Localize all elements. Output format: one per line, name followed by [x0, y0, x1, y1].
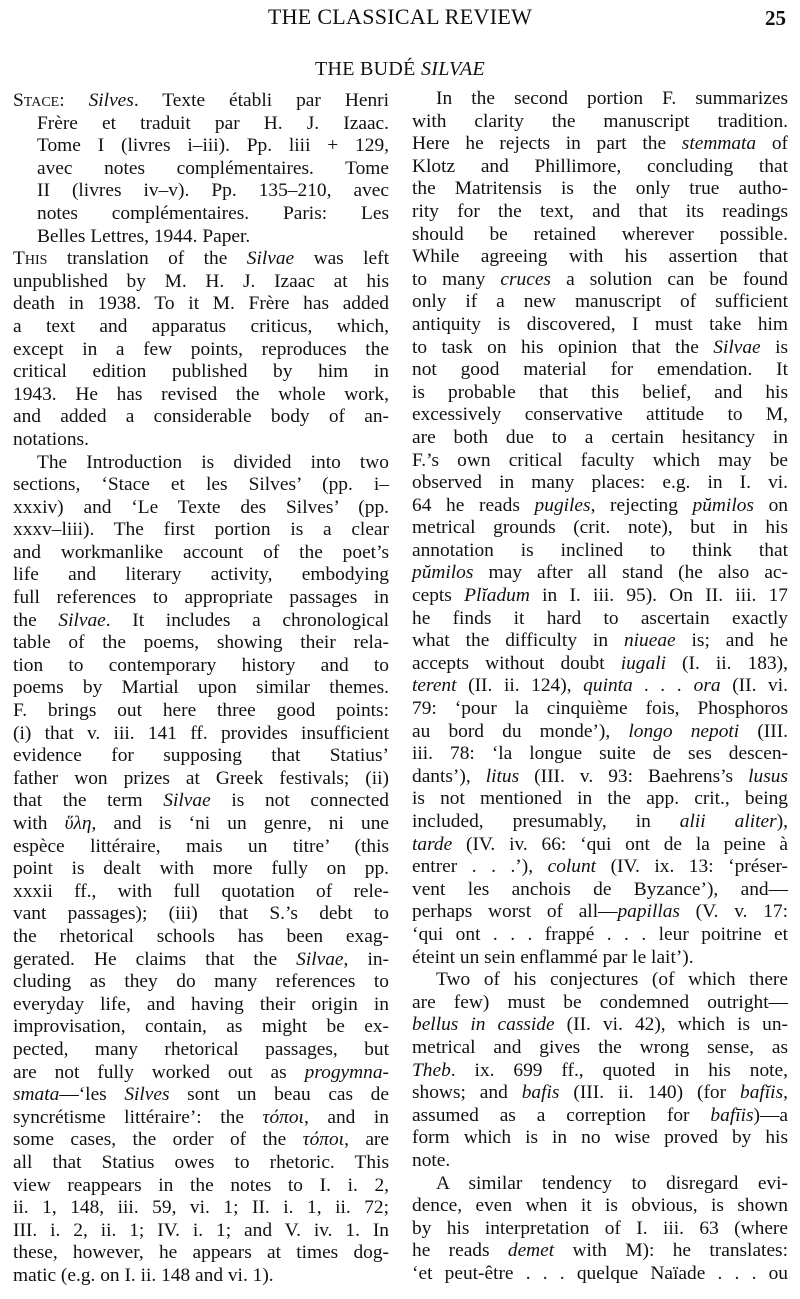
- text-run: ii. 1, 148, iii. 59, vi. 1; II. i. 1, ii…: [13, 1197, 389, 1218]
- text-line: dence, even when it is obvious, is shown: [412, 1195, 788, 1218]
- text-run: father won prizes at Greek festivals; (i…: [13, 768, 389, 789]
- italic-text: bafīis: [710, 1105, 753, 1126]
- paragraph-introduction: The Introduction is divided into twosect…: [13, 452, 389, 1288]
- text-line: father won prizes at Greek festivals; (i…: [13, 768, 389, 791]
- text-line: smata—‘les Silves sont un beau cas de: [13, 1084, 389, 1107]
- text-run: evidence for supposing that Statius’: [13, 745, 389, 766]
- text-run: sont un beau cas de: [170, 1084, 389, 1105]
- text-run: A similar tendency to disregard evi-: [436, 1173, 788, 1194]
- text-run: matic (e.g. on I. ii. 148 and vi. 1).: [13, 1265, 274, 1286]
- text-run: , in-: [344, 949, 389, 970]
- text-run: to task on his opinion that the: [412, 337, 713, 358]
- text-line: (i) that v. iii. 141 ff. provides insuff…: [13, 723, 389, 746]
- text-run: included, presumably, in: [412, 811, 680, 832]
- text-run: F.’s own critical faculty which may be: [412, 450, 788, 471]
- italic-text: progymna-: [305, 1062, 389, 1083]
- italic-text: tarde: [412, 834, 452, 855]
- text-line: table of the poems, showing their rela-: [13, 632, 389, 655]
- text-run: :: [59, 90, 88, 111]
- text-line: F. brings out here three good points:: [13, 700, 389, 723]
- text-run: is not mentioned in the app. crit., bein…: [412, 788, 788, 809]
- text-line: not good material for emendation. It: [412, 359, 788, 382]
- text-line: tion to contemporary history and to: [13, 655, 389, 678]
- text-line: is not mentioned in the app. crit., bein…: [412, 788, 788, 811]
- text-line: notations.: [13, 429, 389, 452]
- text-run: perhaps worst of all—: [412, 901, 617, 922]
- text-line: excessively conservative attitude to M,: [412, 404, 788, 427]
- text-run: Frère et traduit par H. J. Izaac.: [37, 113, 389, 134]
- text-run: (III.: [739, 721, 788, 742]
- text-run: poems by Martial upon similar themes.: [13, 677, 389, 698]
- italic-text: ὕλη: [65, 813, 92, 834]
- text-line: gerated. He claims that the Silvae, in-: [13, 949, 389, 972]
- text-run: In the second portion F. summarizes: [436, 88, 788, 109]
- text-run: sections, ‘Stace et les Silves’ (pp. i–: [13, 474, 389, 495]
- italic-text: Silvae: [296, 949, 343, 970]
- text-run: point is dealt with more fully on pp.: [13, 858, 389, 879]
- text-line: should be retained wherever possible.: [412, 224, 788, 247]
- article-title: THE BUDÉ SILVAE: [0, 58, 800, 81]
- text-line: Two of his conjectures (of which there: [412, 969, 788, 992]
- text-line: In the second portion F. summarizes: [412, 88, 788, 111]
- text-line: the Silvae. It includes a chronological: [13, 610, 389, 633]
- text-run: by his interpretation of I. iii. 63 (whe…: [412, 1218, 788, 1239]
- italic-text: bafis: [522, 1082, 560, 1103]
- text-run: unpublished by M. H. J. Izaac at his: [13, 271, 389, 292]
- italic-text: stemmata: [682, 133, 756, 154]
- text-run: (IV. ix. 13: ‘préser-: [596, 856, 788, 877]
- text-line: cepts Plĭadum in I. iii. 95). On II. iii…: [412, 585, 788, 608]
- book-citation: Stace: Silves. Texte établi par HenriFrè…: [13, 90, 389, 248]
- text-line: ‘et peut-être . . . quelque Naïade . . .…: [412, 1263, 788, 1286]
- text-line: he reads demet with M): he translates:: [412, 1240, 788, 1263]
- text-run: notes complémentaires. Paris: Les: [37, 203, 389, 224]
- text-run: with: [13, 813, 65, 834]
- text-run: except in a few points, reproduces the: [13, 339, 389, 360]
- text-line: While agreeing with his assertion that: [412, 246, 788, 269]
- italic-text: Silvae: [163, 790, 210, 811]
- text-run: view reappears in the notes to I. i. 2,: [13, 1175, 389, 1196]
- text-line: vent les anchois de Byzance’), and—: [412, 879, 788, 902]
- text-run: tion to contemporary history and to: [13, 655, 389, 676]
- text-line: are few) must be condemned outright—: [412, 992, 788, 1015]
- text-run: cepts: [412, 585, 464, 606]
- text-line: Belles Lettres, 1944. Paper.: [13, 226, 389, 249]
- text-run: . Texte établi par Henri: [134, 90, 389, 111]
- text-line: pected, many rhetorical passages, but: [13, 1039, 389, 1062]
- text-run: 1943. He has revised the whole work,: [13, 384, 389, 405]
- text-run: ‘et peut-être . . . quelque Naïade . . .…: [412, 1263, 788, 1284]
- text-line: notes complémentaires. Paris: Les: [13, 203, 389, 226]
- text-run: are both due to a certain hesitancy in: [412, 427, 788, 448]
- text-run: life and literary activity, embodying: [13, 564, 389, 585]
- text-line: xxxiv) and ‘Le Texte des Silves’ (pp.: [13, 497, 389, 520]
- text-line: cluding as they do many references to: [13, 971, 389, 994]
- text-line: poems by Martial upon similar themes.: [13, 677, 389, 700]
- text-run: , are: [344, 1129, 389, 1150]
- text-line: Theb. ix. 699 ff., quoted in his note,: [412, 1060, 788, 1083]
- text-run: (III. v. 93: Baehrens’s: [519, 766, 748, 787]
- text-line: that the term Silvae is not connected: [13, 790, 389, 813]
- text-run: (II. ii. 124),: [457, 675, 584, 696]
- text-run: Tome I (livres i–iii). Pp. liii + 129,: [37, 135, 389, 156]
- text-run: ‘qui ont . . . frappé . . . leur poitrin…: [412, 924, 788, 945]
- text-run: metrical grounds (crit. note), but in hi…: [412, 517, 788, 538]
- text-run: cluding as they do many references to: [13, 971, 389, 992]
- text-line: and added a considerable body of an-: [13, 406, 389, 429]
- text-line: II (livres iv–v). Pp. 135–210, avec: [13, 180, 389, 203]
- italic-text: terent: [412, 675, 457, 696]
- text-line: the Matritensis is the only true autho-: [412, 178, 788, 201]
- text-line: by his interpretation of I. iii. 63 (whe…: [412, 1218, 788, 1241]
- italic-text: lusus: [748, 766, 788, 787]
- text-run: with M): he translates:: [554, 1240, 788, 1261]
- text-line: are not fully worked out as progymna-: [13, 1062, 389, 1085]
- italic-text: longo nepoti: [628, 721, 739, 742]
- italic-text: pŭmilos: [412, 562, 473, 583]
- text-run: entrer . . .’),: [412, 856, 548, 877]
- text-line: and workmanlike account of the poet’s: [13, 542, 389, 565]
- paragraph-manuscript-tradition: In the second portion F. summarizeswith …: [412, 88, 788, 969]
- italic-text: Silvae: [713, 337, 760, 358]
- text-run: —‘les: [59, 1084, 124, 1105]
- text-run: the Matritensis is the only true autho-: [412, 178, 788, 199]
- text-line: 79: ‘pour la cinquième fois, Phosphoros: [412, 698, 788, 721]
- text-line: terent (II. ii. 124), quinta . . . ora (…: [412, 675, 788, 698]
- text-run: is not connected: [211, 790, 389, 811]
- text-run: dence, even when it is obvious, is shown: [412, 1195, 788, 1216]
- text-run: dants’),: [412, 766, 486, 787]
- text-line: metrical grounds (crit. note), but in hi…: [412, 517, 788, 540]
- text-run: (III. ii. 140) (for: [559, 1082, 740, 1103]
- text-run: the: [13, 610, 58, 631]
- text-run: Klotz and Phillimore, concluding that: [412, 156, 788, 177]
- text-run: a solution can be found: [551, 269, 788, 290]
- text-line: antiquity is discovered, I must take him: [412, 314, 788, 337]
- text-line: except in a few points, reproduces the: [13, 339, 389, 362]
- italic-text: iugali: [621, 653, 666, 674]
- text-line: espèce littéraire, mais un titre’ (this: [13, 836, 389, 859]
- text-run: metrical and gives the wrong sense, as: [412, 1037, 788, 1058]
- text-run: form which is in no wise proved by his: [412, 1127, 788, 1148]
- text-line: improvisation, contain, as might be ex-: [13, 1016, 389, 1039]
- text-run: vent les anchois de Byzance’), and—: [412, 879, 788, 900]
- text-run: pected, many rhetorical passages, but: [13, 1039, 389, 1060]
- text-run: are not fully worked out as: [13, 1062, 305, 1083]
- text-run: annotation is inclined to think that: [412, 540, 788, 561]
- text-line: observed in many places: e.g. in I. vi.: [412, 472, 788, 495]
- text-line: syncrétisme littéraire’: the τόποι, and …: [13, 1107, 389, 1130]
- left-column: Stace: Silves. Texte établi par HenriFrè…: [13, 90, 389, 1287]
- text-run: While agreeing with his assertion that: [412, 246, 788, 267]
- text-line: the rhetorical schools has been exag-: [13, 926, 389, 949]
- text-line: to many cruces a solution can be found: [412, 269, 788, 292]
- text-run: iii. 78: ‘la longue suite de ses descen-: [412, 743, 788, 764]
- text-line: III. i. 2, ii. 1; IV. i. 1; and V. iv. 1…: [13, 1220, 389, 1243]
- text-run: full references to appropriate passages …: [13, 587, 389, 608]
- paragraph-translation-history: This translation of the Silvae was leftu…: [13, 248, 389, 451]
- journal-title: THE CLASSICAL REVIEW: [0, 4, 800, 30]
- text-line: to task on his opinion that the Silvae i…: [412, 337, 788, 360]
- text-line: xxxv–liii). The first portion is a clear: [13, 519, 389, 542]
- text-line: éteint un sein enflammé par le lait’).: [412, 947, 788, 970]
- text-line: Klotz and Phillimore, concluding that: [412, 156, 788, 179]
- italic-text: papillas: [617, 901, 680, 922]
- text-run: . ix. 699 ff., quoted in his note,: [451, 1060, 788, 1081]
- text-run: that the term: [13, 790, 163, 811]
- text-line: Stace: Silves. Texte établi par Henri: [13, 90, 389, 113]
- text-run: shows; and: [412, 1082, 522, 1103]
- text-run: the rhetorical schools has been exag-: [13, 926, 389, 947]
- text-run: death in 1938. To it M. Frère has added: [13, 293, 389, 314]
- text-line: point is dealt with more fully on pp.: [13, 858, 389, 881]
- text-run: should be retained wherever possible.: [412, 224, 788, 245]
- right-column: In the second portion F. summarizeswith …: [412, 88, 788, 1285]
- text-line: a text and apparatus criticus, which,: [13, 316, 389, 339]
- text-line: death in 1938. To it M. Frère has added: [13, 293, 389, 316]
- text-line: these, however, he appears at times dog-: [13, 1242, 389, 1265]
- italic-text: litus: [486, 766, 519, 787]
- text-run: on: [754, 495, 788, 516]
- text-run: in I. iii. 95). On II. iii. 17: [530, 585, 788, 606]
- text-line: avec notes complémentaires. Tome: [13, 158, 389, 181]
- text-run: espèce littéraire, mais un titre’ (this: [13, 836, 389, 857]
- italic-text: Theb: [412, 1060, 451, 1081]
- text-run: . It includes a chronological: [106, 610, 389, 631]
- text-line: Tome I (livres i–iii). Pp. liii + 129,: [13, 135, 389, 158]
- text-run: what the difficulty in: [412, 630, 624, 651]
- text-run: he finds it hard to ascertain exactly: [412, 608, 788, 629]
- text-run: The Introduction is divided into two: [37, 452, 389, 473]
- text-line: vant passages); (iii) that S.’s debt to: [13, 903, 389, 926]
- text-run: translation of the: [47, 248, 246, 269]
- italic-text: pugiles: [535, 495, 591, 516]
- text-line: with ὕλη, and is ‘ni un genre, ni une: [13, 813, 389, 836]
- italic-text: bellus in casside: [412, 1014, 555, 1035]
- text-run: (IV. iv. 66: ‘qui ont de la peine à: [452, 834, 788, 855]
- text-line: entrer . . .’), colunt (IV. ix. 13: ‘pré…: [412, 856, 788, 879]
- text-run: (I. ii. 183),: [666, 653, 788, 674]
- text-run: 79: ‘pour la cinquième fois, Phosphoros: [412, 698, 788, 719]
- italic-text: bafĭis: [740, 1082, 783, 1103]
- text-line: iii. 78: ‘la longue suite de ses descen-: [412, 743, 788, 766]
- text-line: rity for the text, and that its readings: [412, 201, 788, 224]
- article-title-italic: SILVAE: [421, 58, 485, 80]
- text-line: with clarity the manuscript tradition.: [412, 111, 788, 134]
- italic-text: Silves: [124, 1084, 169, 1105]
- text-line: 64 he reads pugiles, rejecting pŭmilos o…: [412, 495, 788, 518]
- page-number: 25: [765, 6, 786, 31]
- text-run: au bord du monde’),: [412, 721, 628, 742]
- text-line: Frère et traduit par H. J. Izaac.: [13, 113, 389, 136]
- text-line: are both due to a certain hesitancy in: [412, 427, 788, 450]
- text-line: assumed as a correption for bafīis)—a: [412, 1105, 788, 1128]
- text-line: A similar tendency to disregard evi-: [412, 1173, 788, 1196]
- text-run: ),: [777, 811, 788, 832]
- text-run: II (livres iv–v). Pp. 135–210, avec: [37, 180, 389, 201]
- article-title-prefix: THE BUDÉ: [315, 58, 421, 80]
- italic-text: cruces: [500, 269, 551, 290]
- italic-text: demet: [508, 1240, 554, 1261]
- text-line: annotation is inclined to think that: [412, 540, 788, 563]
- text-run: rity for the text, and that its readings: [412, 201, 788, 222]
- text-line: F.’s own critical faculty which may be: [412, 450, 788, 473]
- text-run: observed in many places: e.g. in I. vi.: [412, 472, 788, 493]
- text-line: critical edition published by him in: [13, 361, 389, 384]
- italic-text: quinta . . . ora: [583, 675, 720, 696]
- text-run: vant passages); (iii) that S.’s debt to: [13, 903, 389, 924]
- text-run: gerated. He claims that the: [13, 949, 296, 970]
- italic-text: smata: [13, 1084, 59, 1105]
- text-run: assumed as a correption for: [412, 1105, 710, 1126]
- text-line: form which is in no wise proved by his: [412, 1127, 788, 1150]
- text-run: xxxv–liii). The first portion is a clear: [13, 519, 389, 540]
- text-run: with clarity the manuscript tradition.: [412, 111, 788, 132]
- text-run: syncrétisme littéraire’: the: [13, 1107, 263, 1128]
- text-run: xxxiv) and ‘Le Texte des Silves’ (pp.: [13, 497, 389, 518]
- italic-text: Silvae: [247, 248, 294, 269]
- text-line: he finds it hard to ascertain exactly: [412, 608, 788, 631]
- text-run: was left: [294, 248, 389, 269]
- small-caps-text: Stace: [13, 90, 59, 111]
- text-run: are few) must be condemned outright—: [412, 992, 788, 1013]
- text-run: (II. vi. 42), which is un-: [555, 1014, 788, 1035]
- text-run: everyday life, and having their origin i…: [13, 994, 389, 1015]
- text-run: éteint un sein enflammé par le lait’).: [412, 947, 694, 968]
- text-line: 1943. He has revised the whole work,: [13, 384, 389, 407]
- text-line: is probable that this belief, and his: [412, 382, 788, 405]
- text-line: perhaps worst of all—papillas (V. v. 17:: [412, 901, 788, 924]
- text-line: xxxii ff., with full quotation of rele-: [13, 881, 389, 904]
- text-line: dants’), litus (III. v. 93: Baehrens’s l…: [412, 766, 788, 789]
- text-run: , rejecting: [591, 495, 693, 516]
- text-line: ‘qui ont . . . frappé . . . leur poitrin…: [412, 924, 788, 947]
- text-run: , and in: [304, 1107, 389, 1128]
- text-run: he reads: [412, 1240, 508, 1261]
- text-line: included, presumably, in alii aliter),: [412, 811, 788, 834]
- text-line: au bord du monde’), longo nepoti (III.: [412, 721, 788, 744]
- text-line: evidence for supposing that Statius’: [13, 745, 389, 768]
- text-run: and added a considerable body of an-: [13, 406, 389, 427]
- text-line: This translation of the Silvae was left: [13, 248, 389, 271]
- text-run: , and is ‘ni un genre, ni une: [92, 813, 389, 834]
- text-run: F. brings out here three good points:: [13, 700, 389, 721]
- text-run: these, however, he appears at times dog-: [13, 1242, 389, 1263]
- text-run: accepts without doubt: [412, 653, 621, 674]
- italic-text: Plĭadum: [464, 585, 530, 606]
- italic-text: Silvae: [58, 610, 105, 631]
- text-line: tarde (IV. iv. 66: ‘qui ont de la peine …: [412, 834, 788, 857]
- text-run: a text and apparatus criticus, which,: [13, 316, 389, 337]
- text-line: all that Statius owes to rhetoric. This: [13, 1152, 389, 1175]
- text-run: all that Statius owes to rhetoric. This: [13, 1152, 389, 1173]
- text-line: matic (e.g. on I. ii. 148 and vi. 1).: [13, 1265, 389, 1288]
- text-run: (II. vi.: [721, 675, 788, 696]
- text-line: Here he rejects in part the stemmata of: [412, 133, 788, 156]
- text-line: pŭmilos may after all stand (he also ac-: [412, 562, 788, 585]
- text-run: )—a: [754, 1105, 788, 1126]
- italic-text: pŭmilos: [693, 495, 754, 516]
- text-line: The Introduction is divided into two: [13, 452, 389, 475]
- text-run: ,: [783, 1082, 788, 1103]
- text-run: notations.: [13, 429, 89, 450]
- text-run: improvisation, contain, as might be ex-: [13, 1016, 389, 1037]
- italic-text: colunt: [548, 856, 596, 877]
- text-run: not good material for emendation. It: [412, 359, 788, 380]
- small-caps-text: This: [13, 248, 47, 269]
- italic-text: alii aliter: [680, 811, 777, 832]
- text-line: bellus in casside (II. vi. 42), which is…: [412, 1014, 788, 1037]
- text-run: note.: [412, 1150, 450, 1171]
- text-run: (V. v. 17:: [680, 901, 788, 922]
- text-line: everyday life, and having their origin i…: [13, 994, 389, 1017]
- running-head: THE CLASSICAL REVIEW 25: [0, 4, 800, 34]
- text-line: accepts without doubt iugali (I. ii. 183…: [412, 653, 788, 676]
- text-line: what the difficulty in niueae is; and he: [412, 630, 788, 653]
- text-run: III. i. 2, ii. 1; IV. i. 1; and V. iv. 1…: [13, 1220, 389, 1241]
- text-run: Here he rejects in part the: [412, 133, 682, 154]
- italic-text: τόποι: [303, 1129, 344, 1150]
- text-line: view reappears in the notes to I. i. 2,: [13, 1175, 389, 1198]
- text-run: excessively conservative attitude to M,: [412, 404, 788, 425]
- text-run: Two of his conjectures (of which there: [436, 969, 788, 990]
- text-line: some cases, the order of the τόποι, are: [13, 1129, 389, 1152]
- text-line: only if a new manuscript of sufficient: [412, 291, 788, 314]
- text-line: metrical and gives the wrong sense, as: [412, 1037, 788, 1060]
- text-line: full references to appropriate passages …: [13, 587, 389, 610]
- text-run: critical edition published by him in: [13, 361, 389, 382]
- paragraph-conjectures: Two of his conjectures (of which therear…: [412, 969, 788, 1172]
- text-run: to many: [412, 269, 500, 290]
- text-line: life and literary activity, embodying: [13, 564, 389, 587]
- text-run: and workmanlike account of the poet’s: [13, 542, 389, 563]
- text-run: (i) that v. iii. 141 ff. provides insuff…: [13, 723, 389, 744]
- text-run: antiquity is discovered, I must take him: [412, 314, 788, 335]
- text-run: avec notes complémentaires. Tome: [37, 158, 389, 179]
- italic-text: Silves: [89, 90, 134, 111]
- text-run: xxxii ff., with full quotation of rele-: [13, 881, 389, 902]
- text-run: Belles Lettres, 1944. Paper.: [37, 226, 250, 247]
- text-line: shows; and bafis (III. ii. 140) (for baf…: [412, 1082, 788, 1105]
- text-run: is; and he: [676, 630, 788, 651]
- text-line: note.: [412, 1150, 788, 1173]
- text-run: is: [761, 337, 788, 358]
- text-line: sections, ‘Stace et les Silves’ (pp. i–: [13, 474, 389, 497]
- text-run: of: [756, 133, 788, 154]
- text-run: only if a new manuscript of sufficient: [412, 291, 788, 312]
- italic-text: τόποι: [263, 1107, 304, 1128]
- text-line: ii. 1, 148, iii. 59, vi. 1; II. i. 1, ii…: [13, 1197, 389, 1220]
- text-run: may after all stand (he also ac-: [473, 562, 788, 583]
- text-run: table of the poems, showing their rela-: [13, 632, 389, 653]
- italic-text: niueae: [624, 630, 676, 651]
- text-line: unpublished by M. H. J. Izaac at his: [13, 271, 389, 294]
- text-run: is probable that this belief, and his: [412, 382, 788, 403]
- text-run: 64 he reads: [412, 495, 535, 516]
- paragraph-disregard-evidence: A similar tendency to disregard evi-denc…: [412, 1173, 788, 1286]
- text-run: some cases, the order of the: [13, 1129, 303, 1150]
